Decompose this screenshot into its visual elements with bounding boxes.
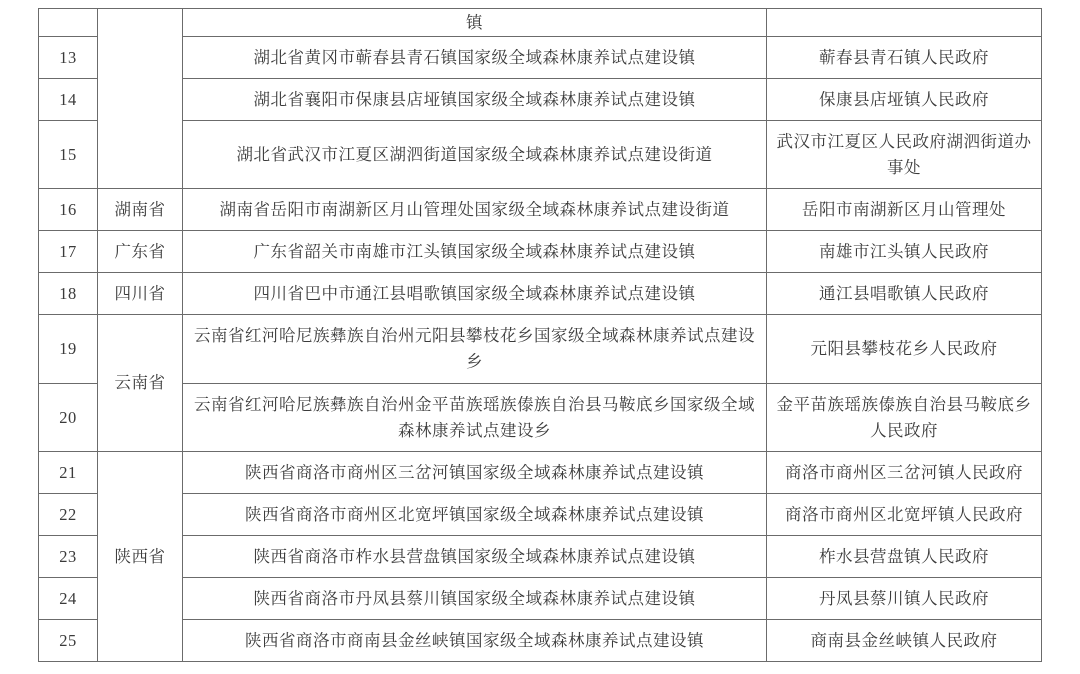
table-row: 25 陕西省商洛市商南县金丝峡镇国家级全域森林康养试点建设镇 商南县金丝峡镇人民…	[39, 620, 1042, 662]
cell-number: 20	[39, 384, 98, 452]
table-row: 14 湖北省襄阳市保康县店垭镇国家级全域森林康养试点建设镇 保康县店垭镇人民政府	[39, 79, 1042, 121]
cell-unit	[767, 9, 1042, 37]
cell-number: 16	[39, 189, 98, 231]
table-row: 17 广东省 广东省韶关市南雄市江头镇国家级全域森林康养试点建设镇 南雄市江头镇…	[39, 231, 1042, 273]
table-row: 21 陕西省 陕西省商洛市商州区三岔河镇国家级全域森林康养试点建设镇 商洛市商州…	[39, 452, 1042, 494]
cell-number: 19	[39, 315, 98, 384]
cell-name: 湖北省武汉市江夏区湖泗街道国家级全域森林康养试点建设街道	[183, 121, 767, 189]
cell-province-hubei	[98, 9, 183, 189]
cell-unit: 元阳县攀枝花乡人民政府	[767, 315, 1042, 384]
table-row: 24 陕西省商洛市丹凤县蔡川镇国家级全域森林康养试点建设镇 丹凤县蔡川镇人民政府	[39, 578, 1042, 620]
cell-name: 陕西省商洛市柞水县营盘镇国家级全域森林康养试点建设镇	[183, 536, 767, 578]
cell-unit: 丹凤县蔡川镇人民政府	[767, 578, 1042, 620]
table-row: 23 陕西省商洛市柞水县营盘镇国家级全域森林康养试点建设镇 柞水县营盘镇人民政府	[39, 536, 1042, 578]
cell-name: 陕西省商洛市商南县金丝峡镇国家级全域森林康养试点建设镇	[183, 620, 767, 662]
cell-province-shaanxi: 陕西省	[98, 452, 183, 662]
table-row-continuation: 镇	[39, 9, 1042, 37]
cell-number: 24	[39, 578, 98, 620]
cell-number: 21	[39, 452, 98, 494]
cell-unit: 武汉市江夏区人民政府湖泗街道办事处	[767, 121, 1042, 189]
cell-name: 广东省韶关市南雄市江头镇国家级全域森林康养试点建设镇	[183, 231, 767, 273]
cell-number: 15	[39, 121, 98, 189]
cell-province: 四川省	[98, 273, 183, 315]
table-row: 22 陕西省商洛市商州区北宽坪镇国家级全域森林康养试点建设镇 商洛市商州区北宽坪…	[39, 494, 1042, 536]
cell-unit: 柞水县营盘镇人民政府	[767, 536, 1042, 578]
table-row: 15 湖北省武汉市江夏区湖泗街道国家级全域森林康养试点建设街道 武汉市江夏区人民…	[39, 121, 1042, 189]
cell-province: 广东省	[98, 231, 183, 273]
cell-unit: 保康县店垭镇人民政府	[767, 79, 1042, 121]
cell-number: 23	[39, 536, 98, 578]
cell-number: 22	[39, 494, 98, 536]
cell-number: 14	[39, 79, 98, 121]
cell-number: 18	[39, 273, 98, 315]
cell-unit: 商洛市商州区北宽坪镇人民政府	[767, 494, 1042, 536]
cell-number: 17	[39, 231, 98, 273]
cell-name: 湖南省岳阳市南湖新区月山管理处国家级全域森林康养试点建设街道	[183, 189, 767, 231]
cell-name: 陕西省商洛市商州区北宽坪镇国家级全域森林康养试点建设镇	[183, 494, 767, 536]
pilot-towns-table: 镇 13 湖北省黄冈市蕲春县青石镇国家级全域森林康养试点建设镇 蕲春县青石镇人民…	[38, 8, 1042, 662]
cell-province-yunnan: 云南省	[98, 315, 183, 452]
table-row: 19 云南省 云南省红河哈尼族彝族自治州元阳县攀枝花乡国家级全域森林康养试点建设…	[39, 315, 1042, 384]
table-row: 20 云南省红河哈尼族彝族自治州金平苗族瑶族傣族自治县马鞍底乡国家级全域森林康养…	[39, 384, 1042, 452]
cell-name: 陕西省商洛市商州区三岔河镇国家级全域森林康养试点建设镇	[183, 452, 767, 494]
cell-unit: 商南县金丝峡镇人民政府	[767, 620, 1042, 662]
table-row: 18 四川省 四川省巴中市通江县唱歌镇国家级全域森林康养试点建设镇 通江县唱歌镇…	[39, 273, 1042, 315]
table-row: 16 湖南省 湖南省岳阳市南湖新区月山管理处国家级全域森林康养试点建设街道 岳阳…	[39, 189, 1042, 231]
cell-name: 云南省红河哈尼族彝族自治州元阳县攀枝花乡国家级全域森林康养试点建设乡	[183, 315, 767, 384]
cell-name: 云南省红河哈尼族彝族自治州金平苗族瑶族傣族自治县马鞍底乡国家级全域森林康养试点建…	[183, 384, 767, 452]
cell-unit: 通江县唱歌镇人民政府	[767, 273, 1042, 315]
cell-unit: 南雄市江头镇人民政府	[767, 231, 1042, 273]
cell-unit: 商洛市商州区三岔河镇人民政府	[767, 452, 1042, 494]
cell-unit: 金平苗族瑶族傣族自治县马鞍底乡人民政府	[767, 384, 1042, 452]
cell-name: 镇	[183, 9, 767, 37]
cell-unit: 蕲春县青石镇人民政府	[767, 37, 1042, 79]
cell-name: 陕西省商洛市丹凤县蔡川镇国家级全域森林康养试点建设镇	[183, 578, 767, 620]
cell-unit: 岳阳市南湖新区月山管理处	[767, 189, 1042, 231]
cell-name: 湖北省黄冈市蕲春县青石镇国家级全域森林康养试点建设镇	[183, 37, 767, 79]
cell-number: 13	[39, 37, 98, 79]
cell-number	[39, 9, 98, 37]
cell-name: 湖北省襄阳市保康县店垭镇国家级全域森林康养试点建设镇	[183, 79, 767, 121]
table-row: 13 湖北省黄冈市蕲春县青石镇国家级全域森林康养试点建设镇 蕲春县青石镇人民政府	[39, 37, 1042, 79]
cell-province: 湖南省	[98, 189, 183, 231]
cell-name: 四川省巴中市通江县唱歌镇国家级全域森林康养试点建设镇	[183, 273, 767, 315]
cell-number: 25	[39, 620, 98, 662]
